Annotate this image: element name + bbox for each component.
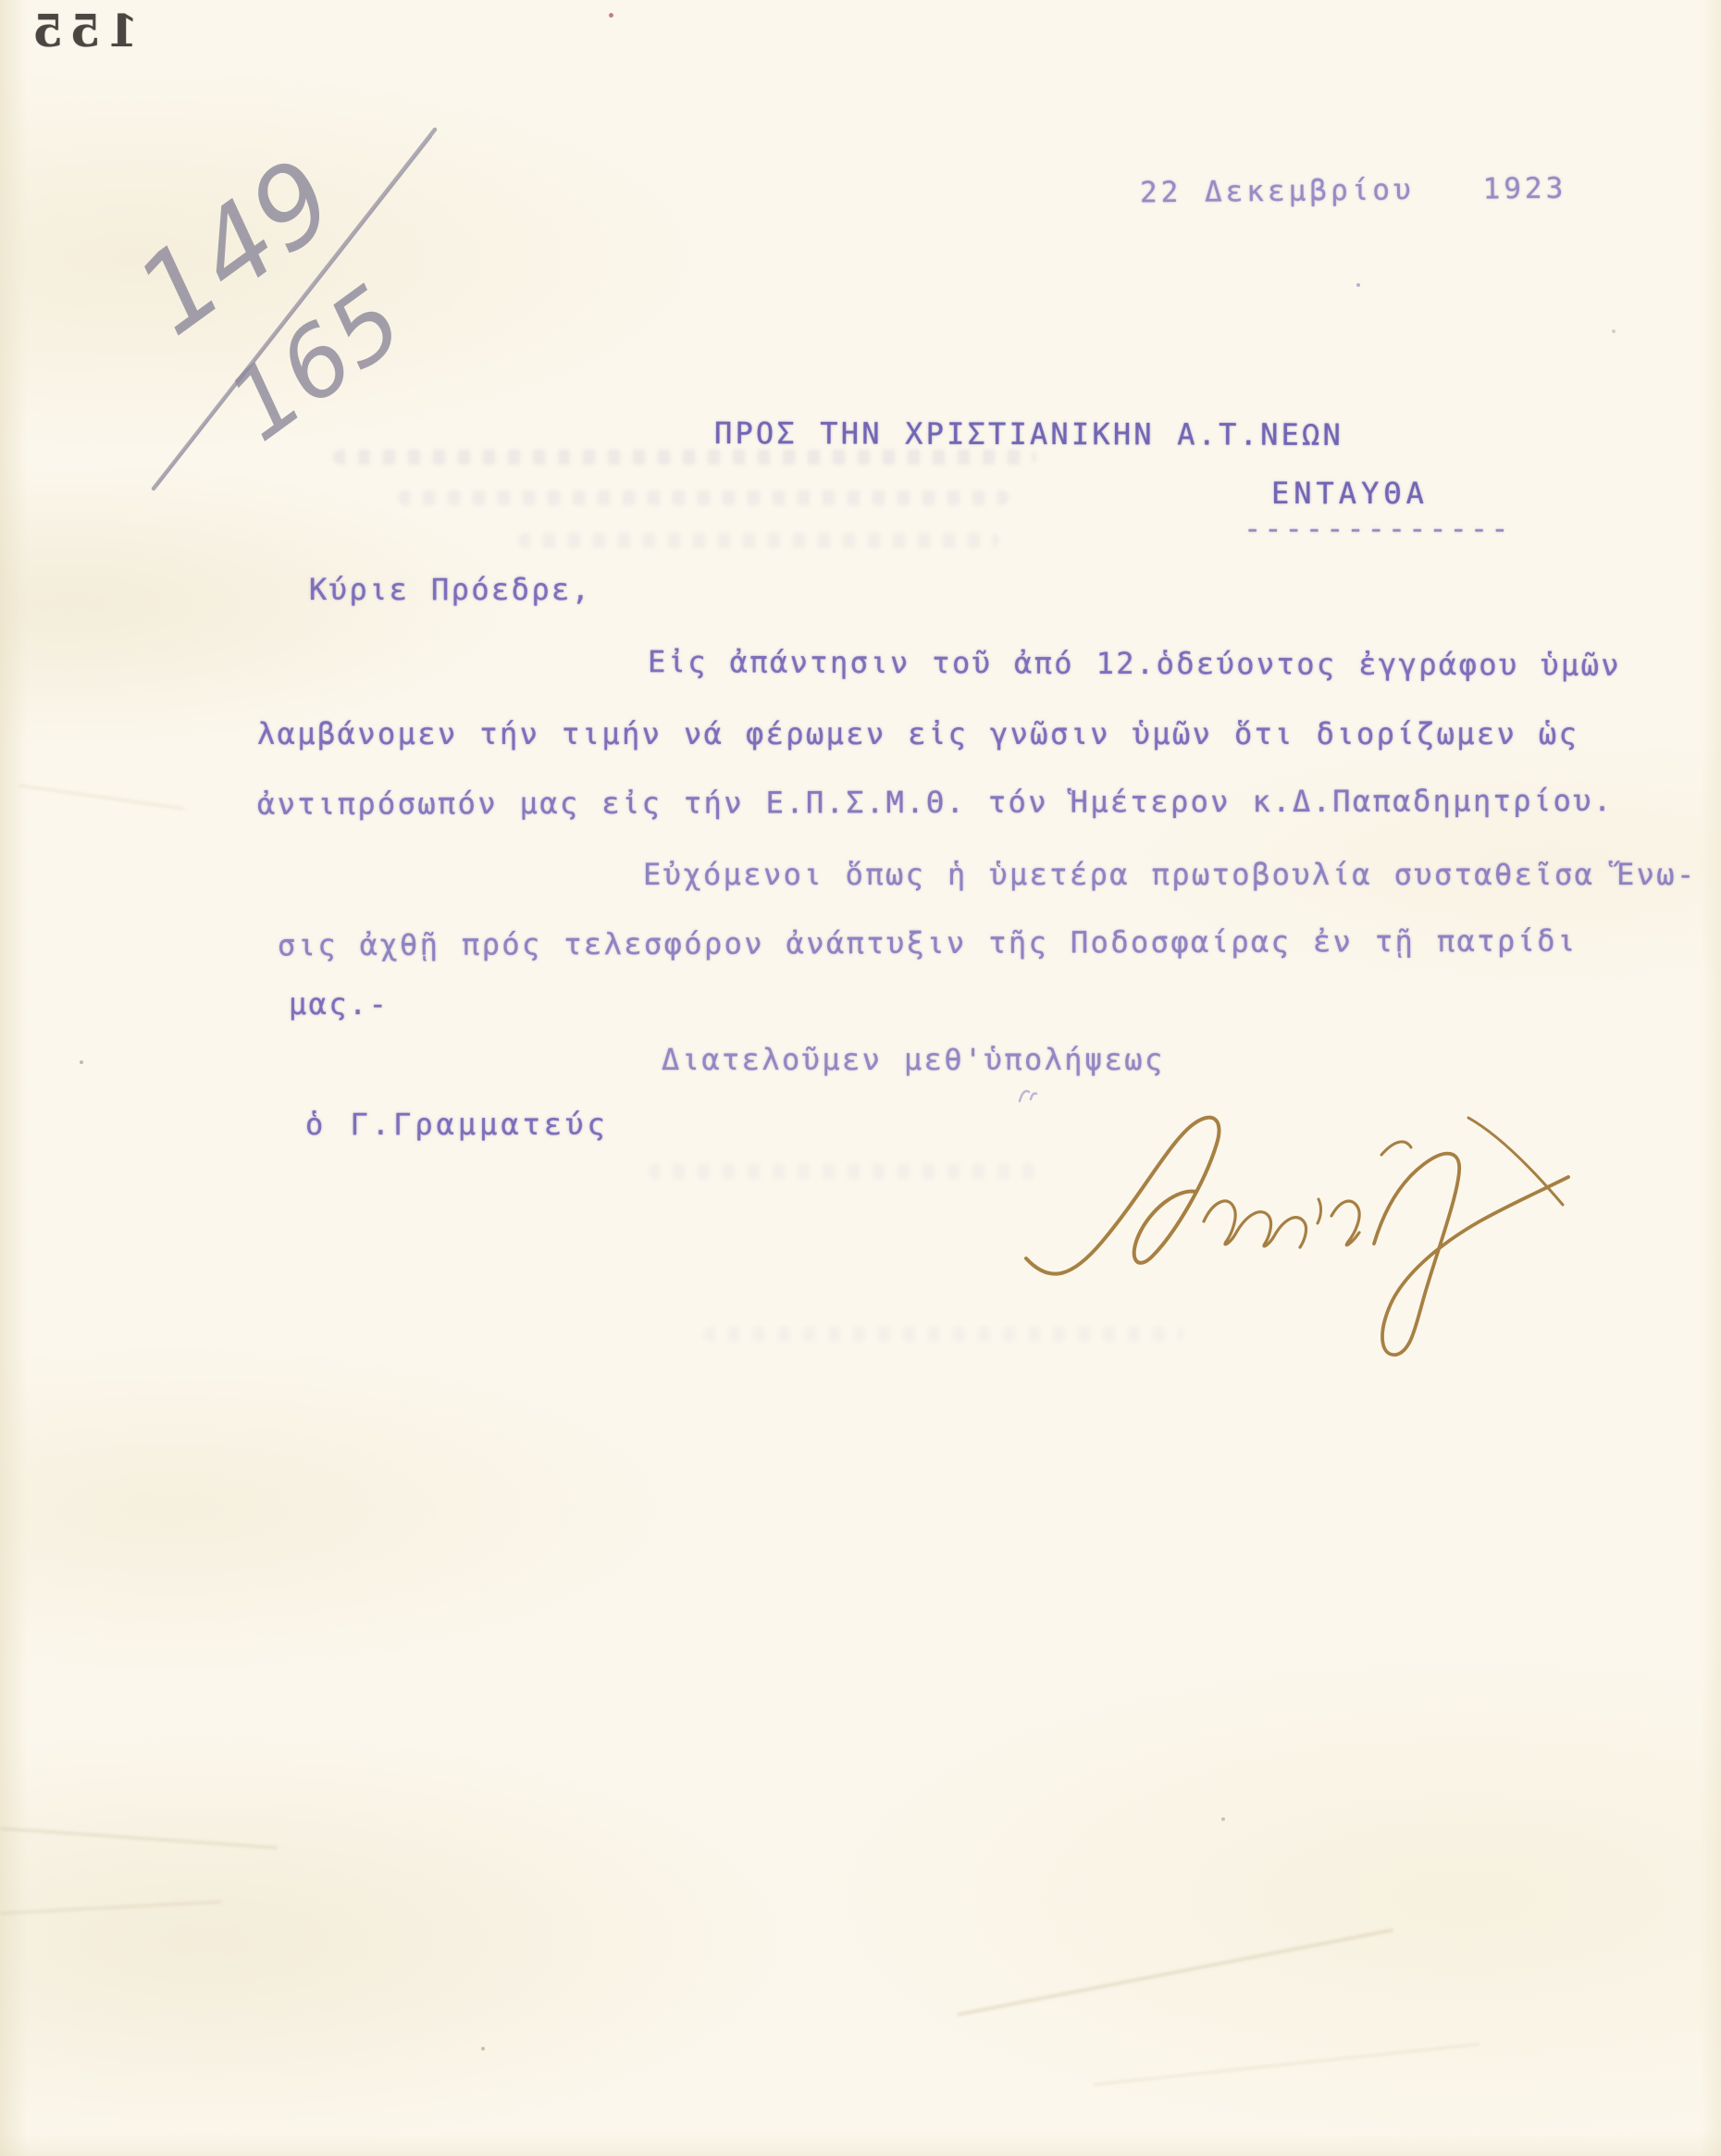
- body-line-1: Εἰς ἀπάντησιν τοῦ ἀπό 12.ὁδεύοντος ἐγγρά…: [648, 644, 1621, 683]
- paper-crease: [1093, 2043, 1480, 2086]
- paper-speck: [80, 1060, 83, 1064]
- ink-bleedthrough-smudge: [648, 1164, 1036, 1179]
- letter-page: 155 149 165 22 Δεκεμβρίου 1923 ΠΡΟΣ ΤΗΝ …: [0, 0, 1721, 2156]
- paper-crease: [19, 784, 185, 810]
- place-underline: -------------: [1244, 511, 1511, 546]
- paper-speck: [1221, 1817, 1225, 1821]
- ink-bleedthrough-smudge: [518, 533, 999, 548]
- salutation: Κύριε Πρόεδρε,: [309, 572, 591, 607]
- archive-stamp-number: 155: [26, 6, 138, 57]
- place-line: ΕΝΤΑΥΘΑ: [1271, 476, 1429, 511]
- letter-date: 22 Δεκεμβρίου 1923: [1140, 172, 1567, 210]
- paper-speck: [1612, 329, 1616, 333]
- ink-bleedthrough-smudge: [398, 490, 1009, 505]
- handwritten-signature: [1013, 1103, 1615, 1390]
- recipient-line: ΠΡΟΣ ΤΗΝ ΧΡΙΣΤΙΑΝΙΚΗΝ Α.Τ.ΝΕΩΝ: [714, 415, 1343, 452]
- paper-crease: [0, 1901, 222, 1915]
- body-line-4: Εὐχόμενοι ὅπως ἡ ὑμετέρα πρωτοβουλία συσ…: [643, 857, 1697, 892]
- body-line-6: μας.-: [289, 986, 389, 1022]
- body-line-5: σις ἀχθῇ πρός τελεσφόρον ἀνάπτυξιν τῆς Π…: [278, 923, 1578, 963]
- paper-speck: [481, 2047, 485, 2051]
- paper-crease: [957, 1928, 1393, 2016]
- paper-speck: [1356, 283, 1360, 287]
- closing-line: Διατελοῦμεν μεθ'ὑπολήψεως: [662, 1042, 1165, 1077]
- paper-crease: [0, 1828, 277, 1850]
- body-line-2: λαμβάνομεν τήν τιμήν νά φέρωμεν εἰς γνῶσ…: [257, 716, 1579, 751]
- pencil-registry-fraction: 149 165: [130, 118, 481, 516]
- paper-speck: [609, 13, 613, 18]
- body-line-3: ἀντιπρόσωπόν μας εἰς τήν Ε.Π.Σ.Μ.Θ. τόν …: [257, 783, 1614, 822]
- signer-title: ὁ Γ.Γραμματεύς: [305, 1107, 609, 1142]
